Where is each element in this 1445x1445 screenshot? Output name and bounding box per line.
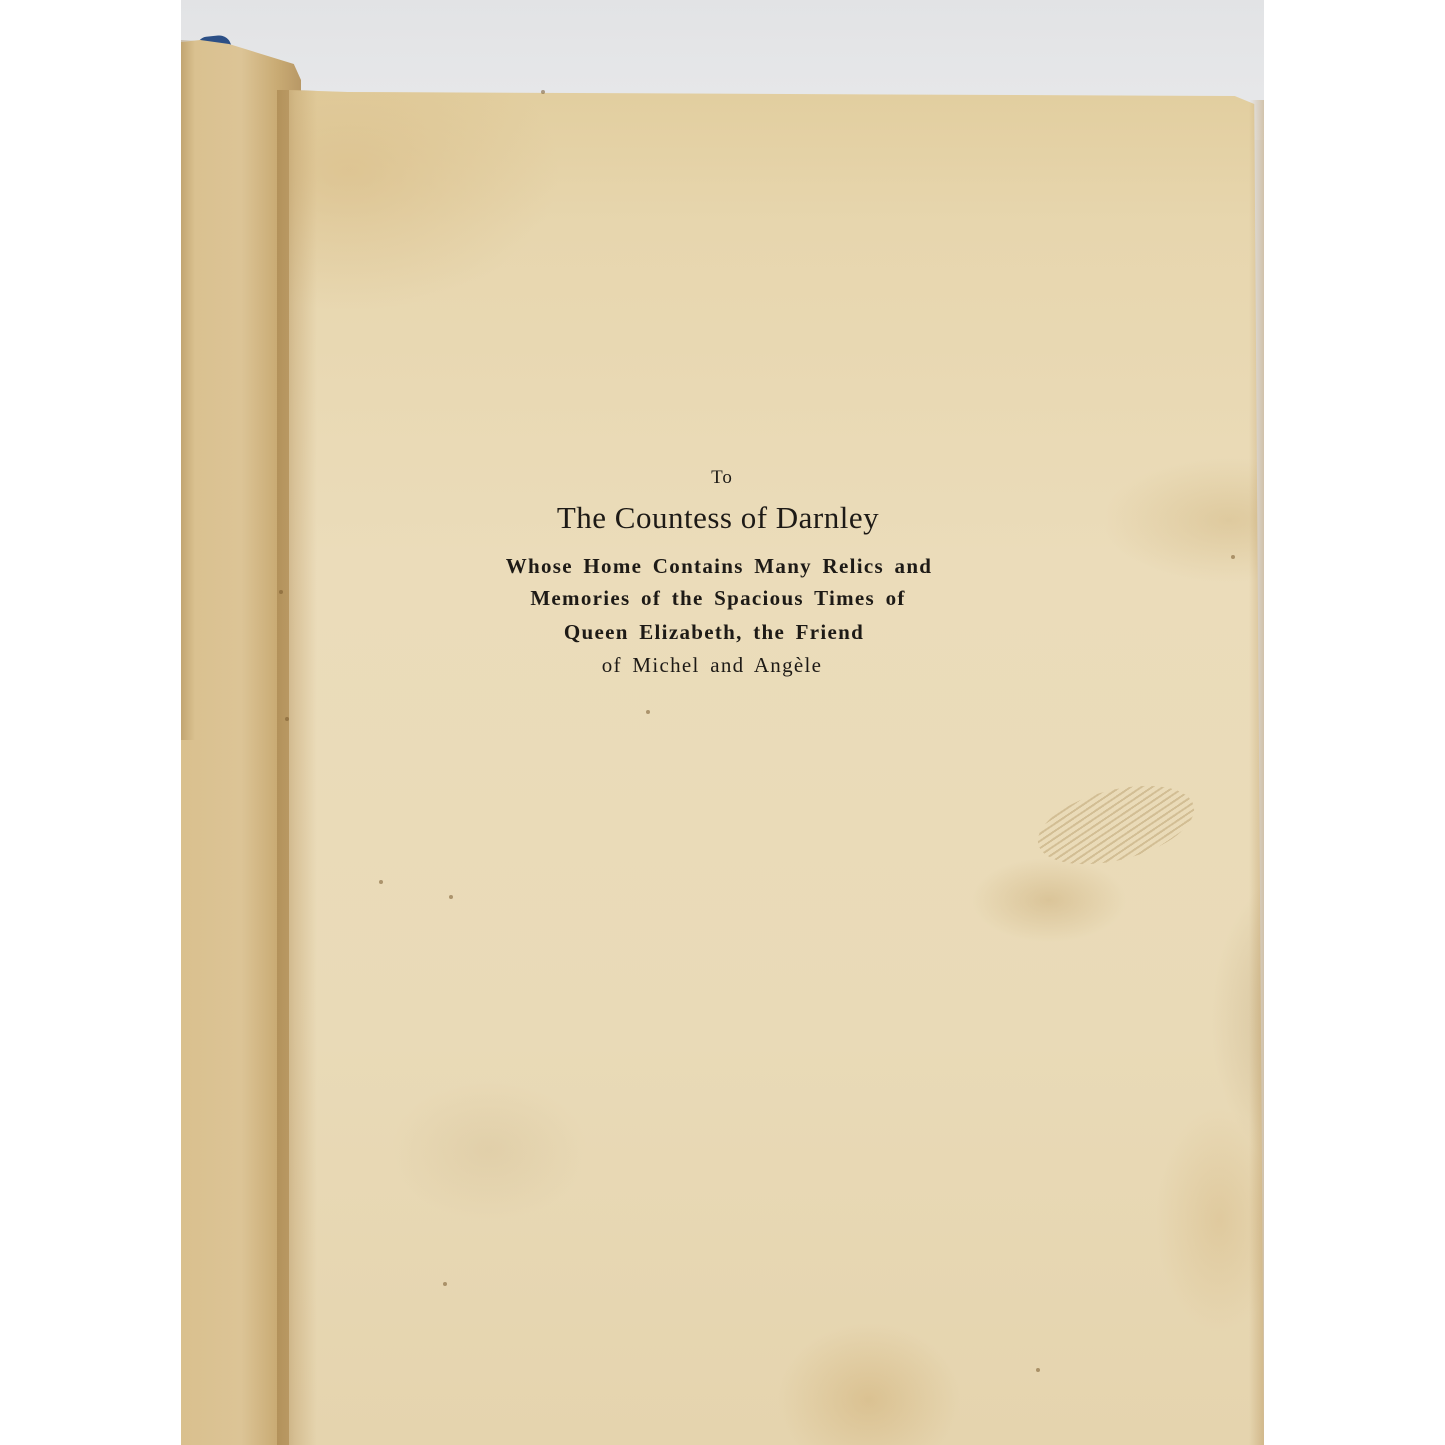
foxing-speck bbox=[379, 880, 383, 884]
dedication-recipient: The Countess of Darnley bbox=[508, 500, 928, 536]
flyleaf-edge-shadow bbox=[181, 40, 195, 740]
foxing-speck bbox=[541, 90, 545, 94]
dedication-line-4: of Michel and Angèle bbox=[582, 653, 842, 678]
image-canvas: To The Countess of Darnley Whose Home Co… bbox=[0, 0, 1445, 1445]
page-fore-edge bbox=[1249, 100, 1264, 1445]
foxing-speck bbox=[449, 895, 453, 899]
book-photograph bbox=[181, 0, 1264, 1445]
dedication-line-1: Whose Home Contains Many Relics and bbox=[474, 554, 964, 579]
foxing-speck bbox=[279, 590, 283, 594]
dedication-to: To bbox=[717, 467, 727, 489]
dedication-line-2: Memories of the Spacious Times of bbox=[508, 586, 928, 611]
foxing-speck bbox=[646, 710, 650, 714]
foxing-speck bbox=[285, 717, 289, 721]
foxing-speck bbox=[1231, 555, 1235, 559]
dedication-line-3: Queen Elizabeth, the Friend bbox=[546, 620, 882, 645]
foxing-speck bbox=[1036, 1368, 1040, 1372]
book-gutter-shadow bbox=[277, 90, 317, 1445]
foxing-speck bbox=[443, 1282, 447, 1286]
dedication-page bbox=[289, 90, 1264, 1445]
